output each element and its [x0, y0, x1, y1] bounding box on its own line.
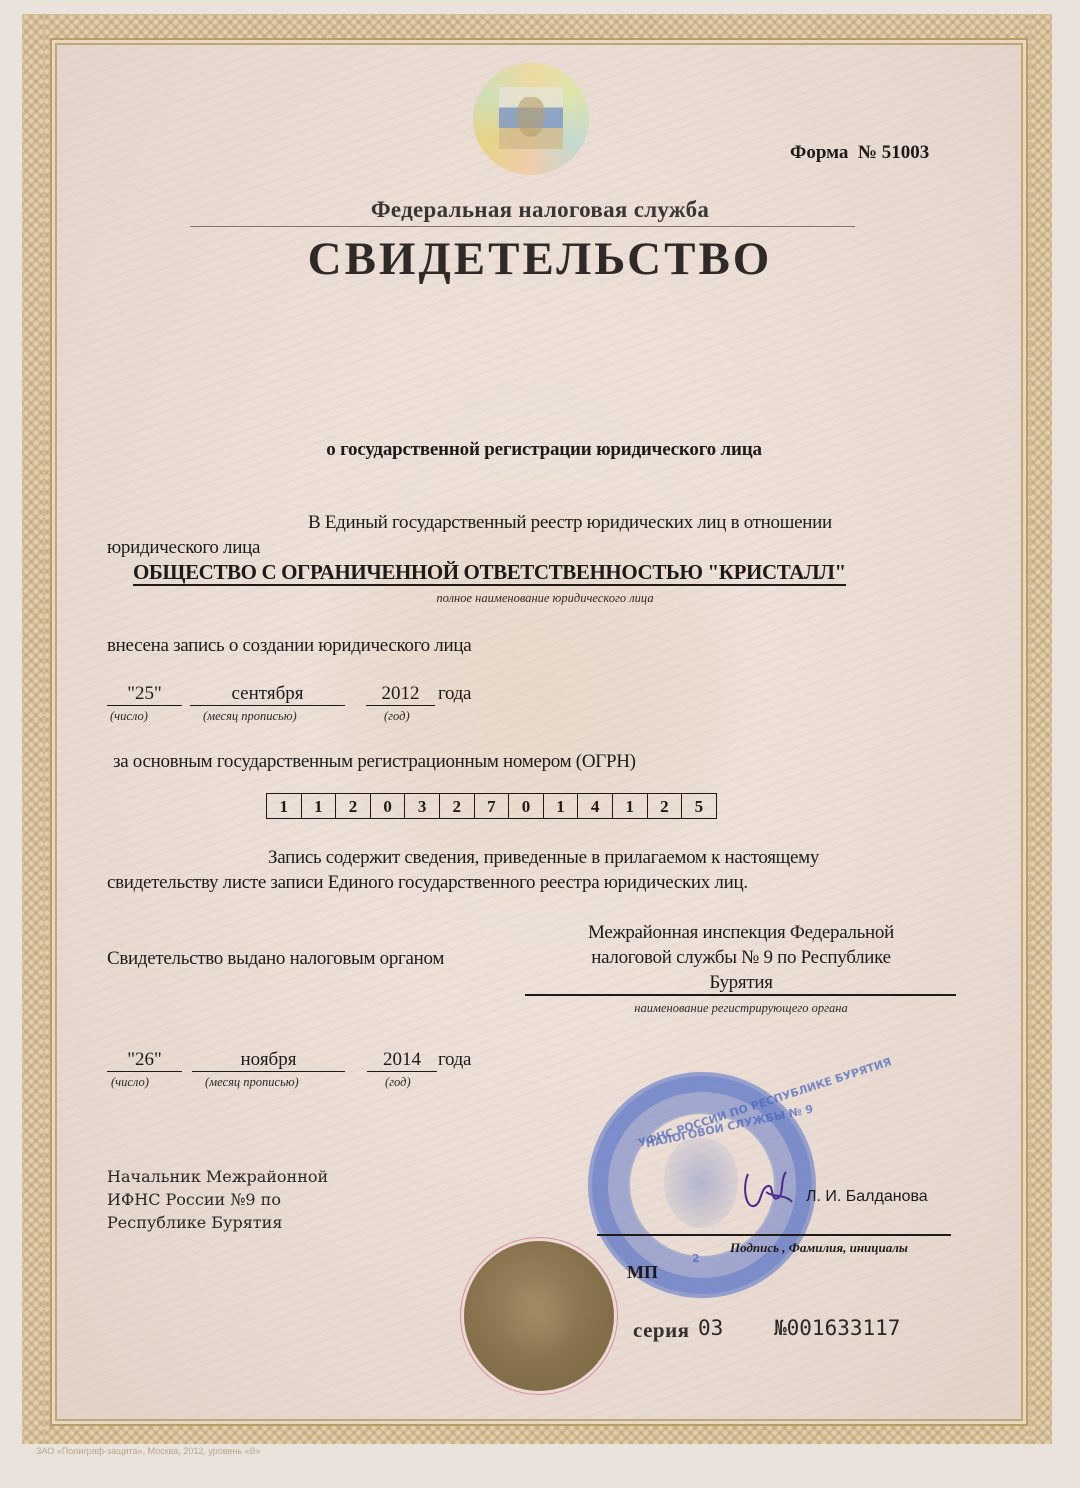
ogrn-digit: 1 — [267, 794, 302, 818]
seal-label: МП — [627, 1262, 658, 1283]
certificate-number: №001633117 — [774, 1316, 900, 1340]
divider — [190, 226, 855, 227]
organization-name: ОБЩЕСТВО С ОГРАНИЧЕННОЙ ОТВЕТСТВЕННОСТЬЮ… — [133, 561, 846, 586]
issuing-authority: Межрайонная инспекция Федеральной налого… — [526, 920, 956, 995]
year-caption: (год) — [384, 709, 410, 724]
ogrn-digit: 0 — [371, 794, 406, 818]
ogrn-label: за основным государственным регистрацион… — [113, 751, 636, 773]
issue-day: "26" — [107, 1049, 182, 1072]
creation-day: "25" — [107, 683, 182, 706]
embossed-seal-icon — [464, 1241, 614, 1391]
signatory-name: Л. И. Балданова — [806, 1188, 928, 1206]
ogrn-digit: 1 — [613, 794, 648, 818]
creation-year-suffix: года — [438, 683, 471, 705]
eagle-icon — [502, 1275, 576, 1359]
entry-text: внесена запись о создании юридического л… — [107, 635, 471, 657]
document-title: СВИДЕТЕЛЬСТВО — [0, 232, 1080, 286]
ogrn-number: 1120327014125 — [266, 793, 717, 819]
divider — [597, 1234, 951, 1236]
ogrn-digit: 1 — [302, 794, 337, 818]
series-number: 03 — [698, 1316, 723, 1340]
signatory-position: Начальник Межрайонной ИФНС России №9 по … — [107, 1165, 328, 1234]
issue-month: ноября — [192, 1049, 345, 1072]
creation-year: 2012 — [366, 683, 435, 706]
issuer-label: Свидетельство выдано налоговым органом — [107, 948, 444, 970]
day-caption: (число) — [111, 1075, 149, 1090]
registry-line-1: В Единый государственный реестр юридичес… — [308, 512, 832, 534]
signature-caption: Подпись , Фамилия, инициалы — [730, 1240, 908, 1256]
ogrn-digit: 7 — [475, 794, 510, 818]
registry-line-2: юридического лица — [107, 537, 260, 559]
ogrn-digit: 4 — [578, 794, 613, 818]
series-label: серия — [633, 1318, 690, 1343]
ogrn-digit: 1 — [544, 794, 579, 818]
divider — [525, 994, 956, 996]
ogrn-digit: 2 — [440, 794, 475, 818]
eagle-icon — [517, 97, 545, 137]
form-number: Форма № 51003 — [790, 142, 929, 164]
ogrn-digit: 2 — [336, 794, 371, 818]
issue-year: 2014 — [367, 1049, 437, 1072]
month-caption: (месяц прописью) — [205, 1075, 299, 1090]
ogrn-digit: 5 — [682, 794, 716, 818]
organization-name-caption: полное наименование юридического лица — [0, 591, 1080, 606]
creation-month: сентября — [190, 683, 345, 706]
printer-imprint: ЗАО «Полиграф-защита», Москва, 2012, уро… — [36, 1446, 261, 1456]
issue-year-suffix: года — [438, 1049, 471, 1071]
eagle-icon — [664, 1138, 738, 1228]
hologram-emblem-icon — [473, 63, 589, 175]
signature-icon — [740, 1168, 800, 1214]
year-caption: (год) — [385, 1075, 411, 1090]
ogrn-digit: 3 — [405, 794, 440, 818]
agency-name: Федеральная налоговая служба — [0, 197, 1080, 223]
month-caption: (месяц прописью) — [203, 709, 297, 724]
ogrn-digit: 2 — [648, 794, 683, 818]
day-caption: (число) — [110, 709, 148, 724]
authority-caption: наименование регистрирующего органа — [526, 1001, 956, 1016]
record-note-line-2: свидетельству листе записи Единого госуд… — [107, 872, 748, 894]
ogrn-digit: 0 — [509, 794, 544, 818]
record-note-line-1: Запись содержит сведения, приведенные в … — [268, 847, 819, 869]
document-subtitle: о государственной регистрации юридическо… — [0, 439, 1080, 461]
